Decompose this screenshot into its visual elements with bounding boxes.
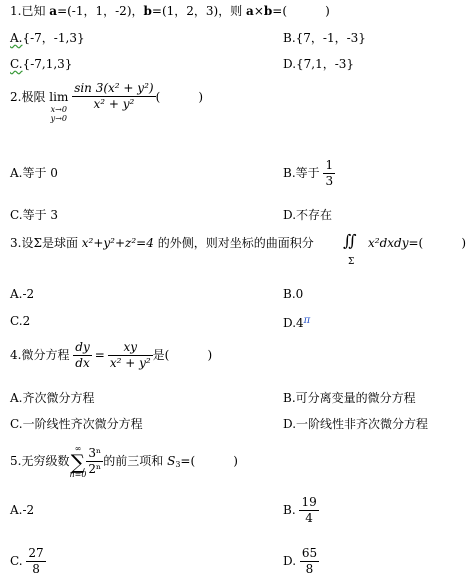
pi-symbol: π [304, 315, 311, 326]
question-3-stem: 3.设Σ是球面 x²+y²+z²=4 的外侧，则对坐标的曲面积分 [10, 236, 314, 250]
option-text: 0 [296, 287, 304, 301]
option-text: {7，-1，-3} [296, 31, 366, 45]
stem-text: 无穷级数 [21, 454, 69, 468]
option-letter: B. [283, 503, 296, 517]
option-text: 等于 3 [23, 208, 58, 222]
integrand-text: x²dxdy [368, 236, 409, 250]
option-text: 齐次微分方程 [22, 391, 94, 405]
option-letter: C. [10, 554, 23, 568]
fraction-numerator: 65 [300, 546, 319, 561]
question-number: 2. [10, 90, 21, 104]
question-4-stem: 4.微分方程 dydx=xyx² + y²是( ) [10, 338, 212, 372]
option-text: 4 [296, 316, 304, 330]
question-number: 1. [10, 4, 21, 18]
option-letter: A. [10, 287, 22, 301]
vector-a-value: =(-1，1，-2)， [57, 4, 143, 18]
q1-option-d: D.{7,1，-3} [283, 57, 354, 71]
question-number: 4. [10, 348, 21, 362]
option-fraction: 278 [26, 546, 45, 577]
option-text: 一阶线性非齐次微分方程 [296, 417, 428, 431]
option-letter: D. [283, 554, 296, 568]
fraction-denominator: x² + y² [108, 355, 153, 371]
q1-option-b: B.{7，-1，-3} [283, 31, 366, 45]
option-letter: B. [283, 287, 296, 301]
option-letter: C. [10, 208, 23, 222]
fraction-numerator: 27 [26, 546, 45, 561]
q3-option-a: A.-2 [10, 287, 34, 301]
option-letter: B. [283, 391, 296, 405]
q5-option-c: C. 278 [10, 546, 46, 577]
sigma-icon: ∑ [69, 453, 86, 471]
cross-b: b [264, 4, 272, 18]
option-text: {-7,1,3} [23, 57, 73, 71]
option-text: 可分离变量的微分方程 [296, 391, 416, 405]
fraction-denominator: 8 [26, 561, 45, 577]
stem-text: 极限 [21, 90, 45, 104]
option-text: -2 [22, 287, 34, 301]
q2-option-b: B.等于 13 [283, 158, 335, 189]
fraction-denominator: dx [73, 355, 91, 371]
limit-fraction: sin 3(x² + y²) x² + y² [72, 81, 155, 112]
q5-option-d: D. 658 [283, 546, 319, 577]
fraction-denominator: 2ⁿ [86, 461, 103, 477]
option-letter: D. [283, 57, 296, 71]
option-fraction: 13 [323, 158, 335, 189]
answer-blank: ( ) [156, 90, 204, 104]
vector-b-value: =(1，2，3)，则 [152, 4, 246, 18]
stem-text: 微分方程 [21, 348, 73, 362]
equals-sign: = [92, 348, 108, 362]
option-fraction: 658 [300, 546, 319, 577]
question-2-stem: 2.极限 lim x→0 y→0 sin 3(x² + y²) x² + y² … [10, 89, 203, 123]
option-text: {-7，-1,3} [22, 31, 84, 45]
cross-operator: × [254, 4, 264, 18]
option-letter: C. [10, 57, 23, 71]
option-letter: B. [283, 166, 296, 180]
question-1-stem: 1.已知 a=(-1，1，-2)，b=(1，2，3)，则 a×b=( ) [10, 4, 330, 18]
fraction-numerator: xy [108, 340, 153, 355]
stem-text: 设Σ是球面 [21, 236, 81, 250]
option-text: 2 [23, 314, 31, 328]
q4-option-c: C.一阶线性齐次微分方程 [10, 417, 143, 431]
fraction-numerator: 19 [299, 495, 318, 510]
vector-a: a [49, 4, 57, 18]
sphere-equation: x²+y²+z²=4 [82, 236, 154, 250]
q2-option-a: A.等于 0 [10, 166, 58, 180]
fraction-denominator: 4 [299, 510, 318, 526]
q4-option-b: B.可分离变量的微分方程 [283, 391, 416, 405]
lim-text: lim [49, 89, 68, 105]
stem-text: 的外侧，则对坐标的曲面积分 [154, 236, 314, 250]
option-text: {7,1，-3} [296, 57, 354, 71]
answer-blank: 是( ) [153, 348, 213, 362]
sum-lower-limit: n=0 [69, 471, 86, 479]
integrand: x²dxdy=( ) [368, 236, 466, 250]
option-text: -2 [22, 503, 34, 517]
q5-option-b: B. 194 [283, 495, 319, 526]
q4-option-a: A.齐次微分方程 [10, 391, 95, 405]
option-letter: C. [10, 314, 23, 328]
option-letter: D. [283, 208, 296, 222]
option-letter: A. [10, 31, 22, 45]
option-letter: D. [283, 316, 296, 330]
summation: ∞∑n=0 [69, 445, 86, 479]
option-letter: C. [10, 417, 23, 431]
option-text: 不存在 [296, 208, 332, 222]
cross-a: a [246, 4, 254, 18]
q3-option-b: B.0 [283, 287, 303, 301]
option-letter: A. [10, 391, 22, 405]
option-fraction: 194 [299, 495, 318, 526]
option-letter: A. [10, 503, 22, 517]
series-term: 3ⁿ2ⁿ [86, 446, 103, 477]
fraction-numerator: dy [73, 340, 91, 355]
vector-b: b [144, 4, 152, 18]
answer-blank: =( ) [272, 4, 330, 18]
q1-option-c: C.{-7,1,3} [10, 57, 72, 71]
question-5-stem: 5.无穷级数∞∑n=03ⁿ2ⁿ的前三项和 S3=( ) [10, 443, 238, 479]
q5-option-a: A.-2 [10, 503, 34, 517]
q3-option-c: C.2 [10, 314, 30, 328]
fraction-denominator: 8 [300, 561, 319, 577]
rhs-fraction: xyx² + y² [108, 340, 153, 371]
answer-blank: =( ) [409, 236, 467, 250]
fraction-denominator: x² + y² [72, 96, 155, 112]
q1-option-a: A.{-7，-1,3} [10, 31, 85, 45]
derivative-fraction: dydx [73, 340, 91, 371]
q3-option-d: D.4π [283, 314, 310, 330]
fraction-denominator: 3 [323, 173, 335, 189]
double-integral-icon: ∬ [343, 232, 357, 250]
limit-operator: lim x→0 y→0 [49, 89, 68, 123]
q2-option-c: C.等于 3 [10, 208, 58, 222]
integral-subscript: Σ [348, 257, 354, 267]
option-letter: A. [10, 166, 22, 180]
q4-option-d: D.一阶线性非齐次微分方程 [283, 417, 428, 431]
lim-sub-y: y→0 [51, 114, 67, 123]
fraction-numerator: 1 [323, 158, 335, 173]
answer-blank: =( ) [180, 454, 238, 468]
lim-sub-x: x→0 [51, 105, 67, 114]
q2-option-d: D.不存在 [283, 208, 332, 222]
question-number: 3. [10, 236, 21, 250]
fraction-numerator: 3ⁿ [86, 446, 103, 461]
option-letter: D. [283, 417, 296, 431]
option-text: 等于 [296, 166, 324, 180]
lim-subscripts: x→0 y→0 [51, 105, 67, 123]
option-text: 等于 0 [22, 166, 57, 180]
option-letter: B. [283, 31, 296, 45]
stem-text: 已知 [21, 4, 49, 18]
option-text: 一阶线性齐次微分方程 [23, 417, 143, 431]
question-number: 5. [10, 454, 21, 468]
fraction-numerator: sin 3(x² + y²) [72, 81, 155, 96]
stem-text: 的前三项和 [103, 454, 167, 468]
